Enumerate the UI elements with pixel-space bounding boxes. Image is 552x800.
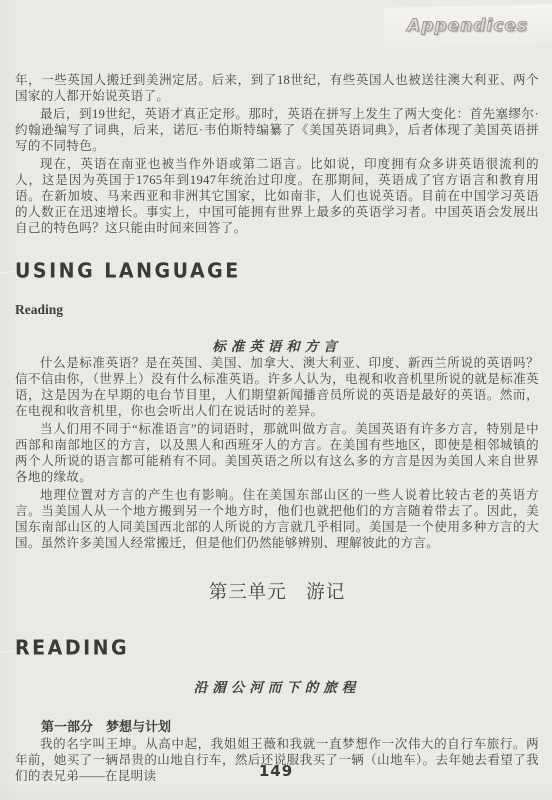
textbook-page: Appendices 年，一些英国人搬迁到美洲定居。后来，到了18世纪，有些英国… — [0, 0, 552, 800]
appendices-header-label: Appendices — [407, 16, 528, 36]
paragraph-what-is-standard-english: 什么是标准英语？是在英国、美国、加拿大、澳大利亚、印度、新西兰所说的英语吗？信不… — [15, 355, 539, 419]
paragraph-geography: 地理位置对方言的产生也有影响。住在美国东部山区的一些人说着比较古老的英语方言。当… — [15, 487, 539, 551]
paragraph-spelling-changes: 最后，到19世纪，英语才真正定形。那时，英语在拼写上发生了两大变化：首先塞缪尔·… — [15, 106, 539, 154]
passage-title-standard-english: 标准英语和方言 — [15, 335, 539, 355]
paragraph-continuation: 年，一些英国人搬迁到美洲定居。后来，到了18世纪，有些英国人也被送往澳大利亚、两… — [15, 72, 539, 104]
using-language-heading: USING LANGUAGE — [15, 259, 539, 283]
page-content: 年，一些英国人搬迁到美洲定居。后来，到了18世纪，有些英国人也被送往澳大利亚、两… — [15, 72, 539, 784]
unit-three-heading: 第三单元 游记 — [15, 578, 539, 604]
reading-section-heading: READING — [15, 636, 539, 660]
passage-title-mekong: 沿湄公河而下的旅程 — [15, 676, 539, 696]
part-one-heading: 第一部分 梦想与计划 — [15, 716, 539, 735]
paragraph-south-asia: 现在，英语在南亚也被当作外语或第二语言。比如说，印度拥有众多讲英语很流利的人，这… — [15, 156, 539, 236]
page-number: 149 — [0, 762, 552, 780]
reading-subheading: Reading — [15, 302, 539, 318]
paragraph-dialects: 当人们用不同于“标准语言”的词语时，那就叫做方言。美国英语有许多方言，特别是中西… — [15, 421, 539, 485]
